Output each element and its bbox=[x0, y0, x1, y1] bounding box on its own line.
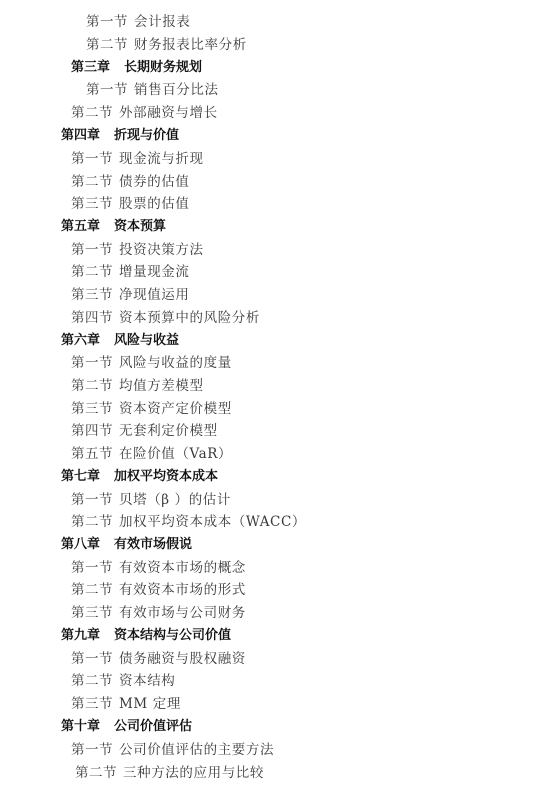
toc-section-entry: 第二节债券的估值 bbox=[71, 172, 190, 192]
toc-section-entry: 第四节资本预算中的风险分析 bbox=[71, 308, 260, 328]
section-number: 第三节 bbox=[71, 196, 113, 212]
section-title: 会计报表 bbox=[134, 14, 190, 30]
toc-chapter-heading: 第十章公司价值评估 bbox=[61, 717, 192, 737]
chapter-title: 长期财务规划 bbox=[124, 60, 202, 75]
section-title: 销售百分比法 bbox=[134, 82, 219, 98]
toc-section-entry: 第三节资本资产定价模型 bbox=[71, 399, 232, 419]
chapter-number: 第五章 bbox=[61, 219, 100, 234]
chapter-title: 资本结构与公司价值 bbox=[114, 628, 231, 643]
toc-section-entry: 第一节公司价值评估的主要方法 bbox=[71, 740, 274, 760]
toc-chapter-heading: 第三章长期财务规划 bbox=[71, 58, 202, 78]
section-number: 第一节 bbox=[71, 151, 113, 167]
section-title: 加权平均资本成本（WACC） bbox=[119, 514, 306, 530]
chapter-number: 第三章 bbox=[71, 60, 110, 75]
section-number: 第二节 bbox=[71, 378, 113, 394]
section-number: 第三节 bbox=[71, 401, 113, 417]
chapter-number: 第八章 bbox=[61, 537, 100, 552]
section-number: 第二节 bbox=[71, 514, 113, 530]
chapter-title: 加权平均资本成本 bbox=[114, 469, 218, 484]
section-number: 第五节 bbox=[71, 446, 113, 462]
section-number: 第一节 bbox=[71, 355, 113, 371]
section-title: 股票的估值 bbox=[119, 196, 190, 212]
section-number: 第四节 bbox=[71, 423, 113, 439]
toc-section-entry: 第一节现金流与折现 bbox=[71, 149, 204, 169]
section-number: 第二节 bbox=[71, 264, 113, 280]
toc-section-entry: 第一节债务融资与股权融资 bbox=[71, 649, 246, 669]
section-number: 第一节 bbox=[71, 742, 113, 758]
toc-section-entry: 第二节均值方差模型 bbox=[71, 376, 204, 396]
section-title: 公司价值评估的主要方法 bbox=[119, 742, 274, 758]
toc-section-entry: 第二节有效资本市场的形式 bbox=[71, 580, 246, 600]
toc-chapter-heading: 第四章折现与价值 bbox=[61, 126, 179, 146]
section-title: 风险与收益的度量 bbox=[119, 355, 232, 371]
section-title: 有效市场与公司财务 bbox=[119, 605, 246, 621]
toc-chapter-heading: 第七章加权平均资本成本 bbox=[61, 467, 218, 487]
toc-section-entry: 第三节有效市场与公司财务 bbox=[71, 603, 246, 623]
chapter-number: 第四章 bbox=[61, 128, 100, 143]
section-number: 第三节 bbox=[71, 696, 113, 712]
toc-section-entry: 第一节会计报表 bbox=[86, 12, 190, 32]
toc-chapter-heading: 第六章风险与收益 bbox=[61, 331, 179, 351]
toc-section-entry: 第一节风险与收益的度量 bbox=[71, 353, 232, 373]
section-number: 第二节 bbox=[71, 673, 113, 689]
toc-section-entry: 第一节销售百分比法 bbox=[86, 80, 219, 100]
chapter-title: 公司价值评估 bbox=[114, 719, 192, 734]
toc-section-entry: 第二节资本结构 bbox=[71, 671, 175, 691]
section-title: 外部融资与增长 bbox=[119, 105, 218, 121]
toc-section-entry: 第一节投资决策方法 bbox=[71, 240, 204, 260]
section-number: 第四节 bbox=[71, 310, 113, 326]
section-title: 有效资本市场的形式 bbox=[119, 582, 246, 598]
toc-section-entry: 第二节三种方法的应用与比较 bbox=[75, 763, 264, 783]
toc-section-entry: 第二节加权平均资本成本（WACC） bbox=[71, 512, 306, 532]
section-title: 增量现金流 bbox=[119, 264, 190, 280]
toc-section-entry: 第二节外部融资与增长 bbox=[71, 103, 218, 123]
section-title: 贝塔（β ）的估计 bbox=[119, 492, 231, 508]
section-number: 第一节 bbox=[86, 82, 128, 98]
chapter-title: 风险与收益 bbox=[114, 333, 179, 348]
section-number: 第二节 bbox=[71, 105, 113, 121]
section-title: 投资决策方法 bbox=[119, 242, 204, 258]
section-number: 第二节 bbox=[71, 582, 113, 598]
section-number: 第一节 bbox=[71, 492, 113, 508]
toc-chapter-heading: 第九章资本结构与公司价值 bbox=[61, 626, 231, 646]
toc-section-entry: 第四节无套利定价模型 bbox=[71, 421, 218, 441]
chapter-title: 有效市场假说 bbox=[114, 537, 192, 552]
chapter-title: 资本预算 bbox=[114, 219, 166, 234]
section-title: 资本资产定价模型 bbox=[119, 401, 232, 417]
section-title: 净现值运用 bbox=[119, 287, 190, 303]
toc-section-entry: 第一节贝塔（β ）的估计 bbox=[71, 490, 231, 510]
section-title: MM 定理 bbox=[119, 696, 181, 712]
section-title: 债务融资与股权融资 bbox=[119, 651, 246, 667]
toc-section-entry: 第三节股票的估值 bbox=[71, 194, 190, 214]
section-title: 现金流与折现 bbox=[119, 151, 204, 167]
toc-section-entry: 第三节MM 定理 bbox=[71, 694, 181, 714]
section-title: 均值方差模型 bbox=[119, 378, 204, 394]
toc-section-entry: 第五节在险价值（VaR） bbox=[71, 444, 232, 464]
toc-section-entry: 第二节增量现金流 bbox=[71, 262, 190, 282]
section-number: 第一节 bbox=[71, 651, 113, 667]
chapter-number: 第六章 bbox=[61, 333, 100, 348]
chapter-number: 第十章 bbox=[61, 719, 100, 734]
chapter-number: 第九章 bbox=[61, 628, 100, 643]
chapter-number: 第七章 bbox=[61, 469, 100, 484]
section-number: 第一节 bbox=[86, 14, 128, 30]
toc-section-entry: 第三节净现值运用 bbox=[71, 285, 190, 305]
toc-chapter-heading: 第五章资本预算 bbox=[61, 217, 166, 237]
section-title: 资本预算中的风险分析 bbox=[119, 310, 260, 326]
section-number: 第二节 bbox=[71, 174, 113, 190]
toc-chapter-heading: 第八章有效市场假说 bbox=[61, 535, 192, 555]
toc-section-entry: 第二节财务报表比率分析 bbox=[86, 35, 247, 55]
toc-section-entry: 第一节有效资本市场的概念 bbox=[71, 558, 246, 578]
section-number: 第二节 bbox=[86, 37, 128, 53]
section-title: 无套利定价模型 bbox=[119, 423, 218, 439]
section-title: 三种方法的应用与比较 bbox=[123, 765, 264, 781]
section-title: 有效资本市场的概念 bbox=[119, 560, 246, 576]
section-title: 债券的估值 bbox=[119, 174, 190, 190]
chapter-title: 折现与价值 bbox=[114, 128, 179, 143]
section-number: 第一节 bbox=[71, 560, 113, 576]
section-title: 在险价值（VaR） bbox=[119, 446, 232, 462]
section-number: 第二节 bbox=[75, 765, 117, 781]
section-number: 第一节 bbox=[71, 242, 113, 258]
section-number: 第三节 bbox=[71, 605, 113, 621]
section-title: 财务报表比率分析 bbox=[134, 37, 247, 53]
section-title: 资本结构 bbox=[119, 673, 175, 689]
section-number: 第三节 bbox=[71, 287, 113, 303]
